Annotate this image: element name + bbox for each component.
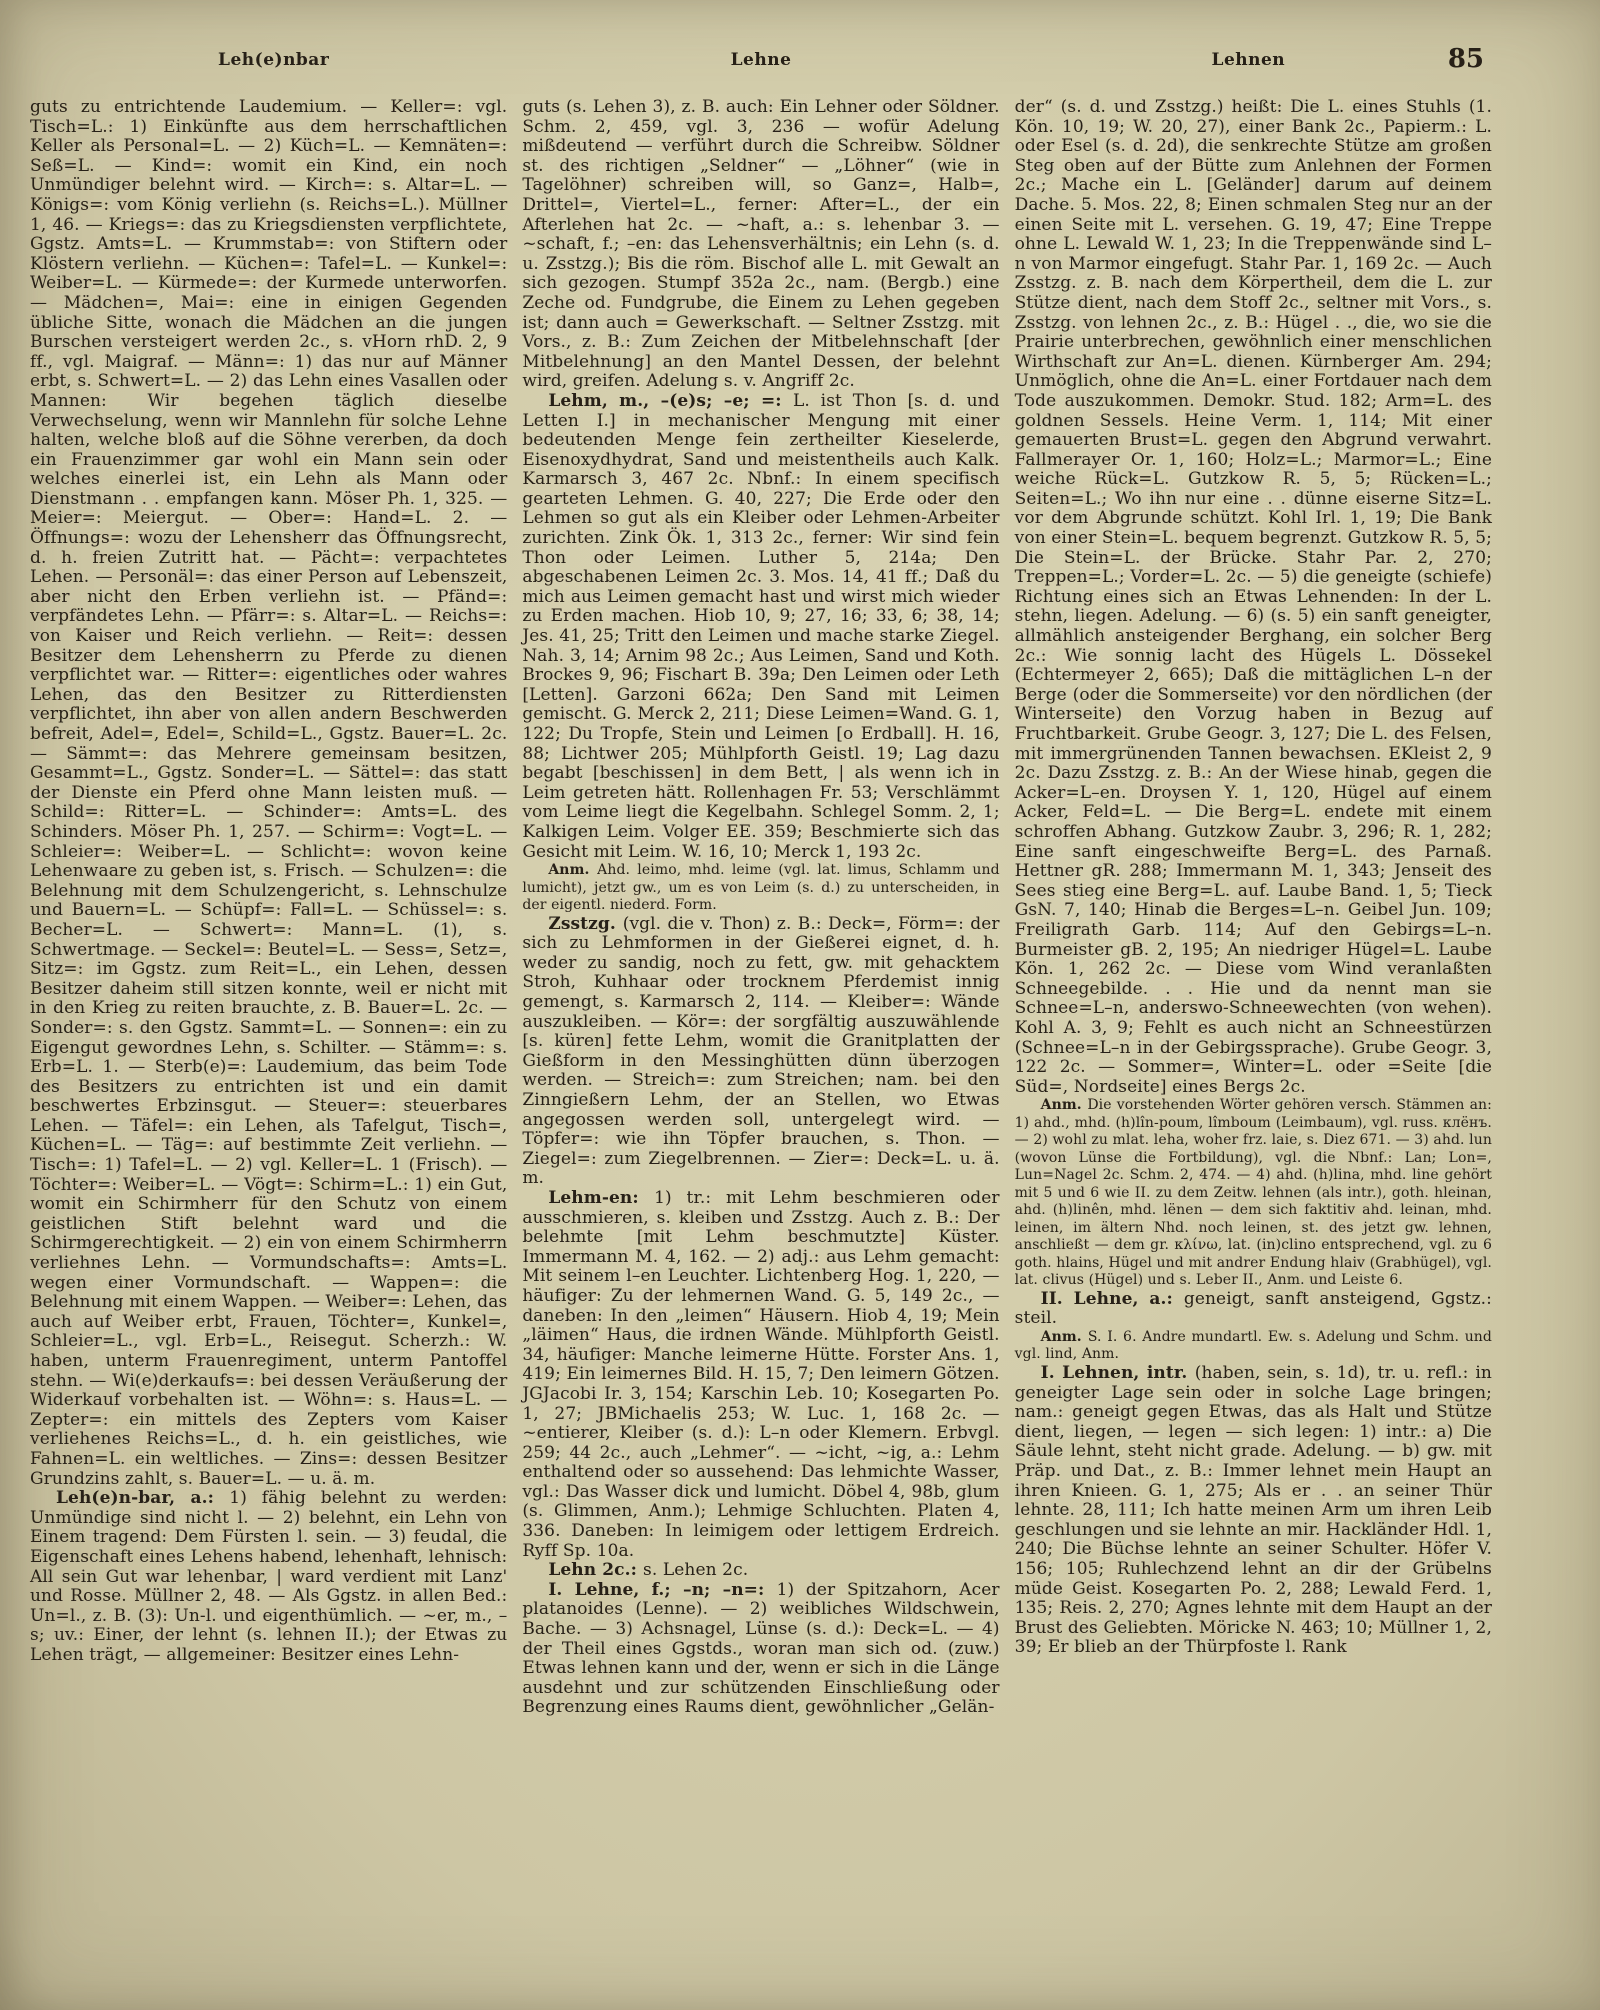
headword: Lehm, m., –(e)s; –e; =:	[548, 391, 793, 411]
paragraph: guts (s. Lehen 3), z. B. auch: Ein Lehne…	[522, 98, 999, 392]
paragraph: Anm. Ahd. leimo, mhd. leime (vgl. lat. l…	[522, 862, 999, 915]
paragraph: Lehm-en: 1) tr.: mit Lehm beschmieren od…	[522, 1189, 999, 1561]
paragraph: Anm. S. I. 6. Andre mundartl. Ew. s. Ade…	[1015, 1329, 1492, 1364]
headword: Lehm-en:	[548, 1188, 654, 1208]
paragraph: II. Lehne, a.: geneigt, sanft ansteigend…	[1015, 1290, 1492, 1329]
headword: Leh(e)n-bar, a.:	[56, 1488, 229, 1508]
headword: I. Lehne, f.; –n; –n=:	[548, 1580, 776, 1600]
headword: Anm.	[1041, 1097, 1088, 1113]
headword: Lehn 2c.:	[548, 1560, 643, 1580]
paragraph: I. Lehnen, intr. (haben, sein, s. 1d), t…	[1015, 1364, 1492, 1658]
text-column-3: der“ (s. d. und Zsstzg.) heißt: Die L. e…	[1015, 98, 1492, 1970]
paragraph: I. Lehne, f.; –n; –n=: 1) der Spitzahorn…	[522, 1581, 999, 1718]
running-head-left: Leh(e)nbar	[30, 50, 517, 70]
headword: I. Lehnen, intr.	[1041, 1363, 1195, 1383]
paragraph: Leh(e)n-bar, a.: 1) fähig belehnt zu wer…	[30, 1489, 507, 1665]
paragraph: Zsstzg. (vgl. die v. Thon) z. B.: Deck=,…	[522, 915, 999, 1189]
headword: Zsstzg.	[548, 914, 622, 934]
headword: II. Lehne, a.:	[1041, 1289, 1184, 1309]
text-area: guts zu entrichtende Laudemium. — Keller…	[30, 98, 1492, 1970]
paragraph: guts zu entrichtende Laudemium. — Keller…	[30, 98, 507, 1489]
headword: Anm.	[1041, 1329, 1088, 1345]
paragraph: Anm. Die vorstehenden Wörter gehören ver…	[1015, 1097, 1492, 1290]
dictionary-page-scan: Leh(e)nbar Lehne Lehnen 85 guts zu entri…	[0, 0, 1600, 2010]
running-head-right: Lehnen	[1005, 50, 1492, 70]
paragraph: der“ (s. d. und Zsstzg.) heißt: Die L. e…	[1015, 98, 1492, 1097]
running-head-center: Lehne	[517, 50, 1004, 70]
page-number: 85	[1448, 44, 1484, 74]
paragraph: Lehm, m., –(e)s; –e; =: L. ist Thon [s. …	[522, 392, 999, 862]
text-column-2: guts (s. Lehen 3), z. B. auch: Ein Lehne…	[522, 98, 999, 1970]
running-head: Leh(e)nbar Lehne Lehnen	[30, 50, 1492, 70]
paragraph: Lehn 2c.: s. Lehen 2c.	[522, 1561, 999, 1581]
headword: Anm.	[548, 862, 597, 878]
text-column-1: guts zu entrichtende Laudemium. — Keller…	[30, 98, 507, 1970]
